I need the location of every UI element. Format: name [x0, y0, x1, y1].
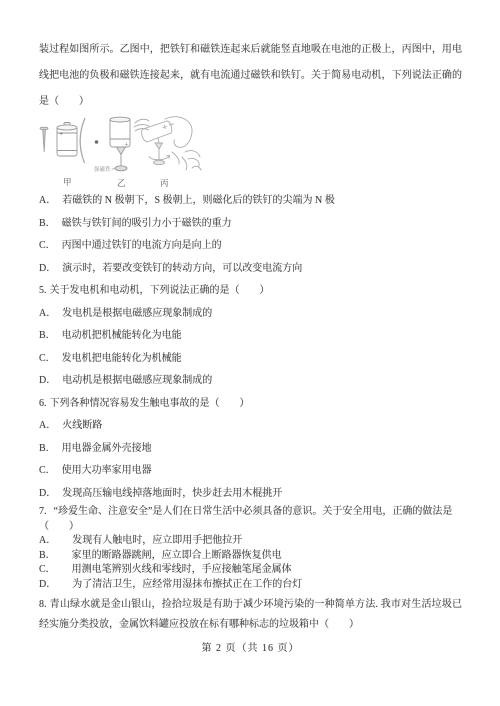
option-text: 丙图中通过铁钉的电流方向是向上的: [62, 240, 222, 251]
option-label: D．: [39, 375, 56, 386]
plus-sign-jia: +: [59, 129, 63, 138]
bullet-dot: [95, 140, 99, 144]
option-text: 使用大功率家用电器: [62, 465, 152, 476]
option-label: D．: [39, 488, 56, 499]
q6-stem: 6.下列各种情况容易发生触电事故的是（ ）: [39, 393, 462, 416]
option-label: B．: [39, 330, 56, 341]
q5-option-c: C．发电机把电能转化为机械能: [39, 348, 462, 371]
option-label: C．: [39, 353, 56, 364]
figure-label-jia: 甲: [63, 177, 72, 187]
q4-option-d: D．演示时，若要改变铁钉的转动方向，可以改变电流方向: [39, 258, 462, 281]
q7-option-d: D．为了清洁卫生，应经常用湿抹布擦拭正在工作的台灯: [39, 578, 462, 593]
nail-icon: [40, 127, 48, 152]
option-text: 用电器金属外壳接地: [62, 443, 152, 454]
option-label: B．: [39, 550, 56, 561]
option-label: C．: [39, 240, 56, 251]
question-text: “珍爱生命、注意安全”是人们在日常生活中必须具备的意识。关于安全用电，正确的做法…: [39, 506, 452, 532]
q6-option-d: D．发现高压输电线掉落地面时，快步赶去用木棍挑开: [39, 483, 462, 506]
option-text: 若磁铁的 N 极朝下，S 极朝上，则磁化后的铁钉的尖端为 N 极: [62, 195, 335, 206]
magnet-label: 强磁铁: [94, 165, 111, 173]
q6-option-c: C．使用大功率家用电器: [39, 460, 462, 483]
q7-option-a: A．发现有人触电时，应立即用手把他拉开: [39, 534, 462, 549]
figure-label-bing: 丙: [160, 178, 169, 188]
q4-figure-area: + + 强磁铁: [39, 116, 462, 190]
page-content: 装过程如图所示。乙图中，把铁钉和磁铁连起来后就能竖直地吸在电池的正极上，丙图中，…: [39, 37, 462, 656]
question-7: 7.“珍爱生命、注意安全”是人们在日常生活中必须具备的意识。关于安全用电，正确的…: [39, 505, 462, 592]
q7-option-c: C．用测电笔辨别火线和零线时，手应接触笔尾金属体: [39, 563, 462, 578]
q6-option-a: A．火线断路: [39, 415, 462, 438]
option-label: D．: [39, 579, 56, 590]
magnet-icon: [115, 166, 127, 171]
question-number: 7.: [39, 506, 47, 517]
questions-4-5-6-options: A．若磁铁的 N 极朝下，S 极朝上，则磁化后的铁钉的尖端为 N 极 B．磁铁与…: [39, 190, 462, 505]
question-number: 5.: [39, 285, 47, 296]
q7-stem: 7.“珍爱生命、注意安全”是人们在日常生活中必须具备的意识。关于安全用电，正确的…: [39, 505, 462, 534]
battery-yi-icon: +: [110, 117, 130, 171]
option-label: A．: [39, 195, 56, 206]
option-text: 磁铁与铁钉间的吸引力小于磁铁的重力: [62, 218, 232, 229]
exam-paper-page: 装过程如图所示。乙图中，把铁钉和磁铁连起来后就能竖直地吸在电池的正极上，丙图中，…: [0, 0, 500, 706]
question-text: 下列各种情况容易发生触电事故的是（ ）: [50, 398, 250, 409]
q5-stem: 5.关于发电机和电动机，下列说法正确的是（ ）: [39, 280, 462, 303]
q6-option-b: B．用电器金属外壳接地: [39, 438, 462, 461]
magnet-label-pointer: [112, 169, 115, 170]
question-text: 青山绿水就是金山银山，捡拾垃圾是有助于减少环境污染的一种简单方法. 我市对生活垃…: [39, 599, 462, 630]
battery-jia-icon: +: [57, 123, 77, 157]
question-text: 关于发电机和电动机，下列说法正确的是（ ）: [50, 285, 270, 296]
option-text: 火线断路: [62, 420, 102, 431]
option-label: C．: [39, 465, 56, 476]
q4-figure: + + 强磁铁: [39, 116, 269, 190]
option-label: A．: [39, 308, 56, 319]
parenthesis-mark: [80, 118, 85, 163]
option-text: 发现有人触电时，应立即用手把他拉开: [72, 535, 242, 546]
option-label: A．: [39, 420, 56, 431]
q4-stem: 装过程如图所示。乙图中，把铁钉和磁铁连起来后就能竖直地吸在电池的正极上，丙图中，…: [39, 37, 462, 115]
option-text: 发电机把电能转化为机械能: [62, 353, 182, 364]
option-text: 家里的断路器跳闸，应立即合上断路器恢复供电: [72, 550, 282, 561]
option-text: 演示时，若要改变铁钉的转动方向，可以改变电流方向: [62, 263, 302, 274]
option-label: D．: [39, 263, 56, 274]
figure-label-yi: 乙: [117, 178, 126, 188]
q4-option-b: B．磁铁与铁钉间的吸引力小于磁铁的重力: [39, 213, 462, 236]
option-text: 电动机是根据电磁感应现象制成的: [62, 375, 212, 386]
option-text: 为了清洁卫生，应经常用湿抹布擦拭正在工作的台灯: [72, 579, 302, 590]
option-text: 用测电笔辨别火线和零线时，手应接触笔尾金属体: [72, 564, 292, 575]
q7-option-b: B．家里的断路器跳闸，应立即合上断路器恢复供电: [39, 549, 462, 564]
option-text: 发电机是根据电磁感应现象制成的: [62, 308, 212, 319]
option-label: A．: [39, 535, 56, 546]
question-8: 8.青山绿水就是金山银山，捡拾垃圾是有助于减少环境污染的一种简单方法. 我市对生…: [39, 595, 462, 635]
page-footer: 第 2 页（共 16 页）: [39, 642, 462, 656]
q5-option-d: D．电动机是根据电磁感应现象制成的: [39, 370, 462, 393]
q4-option-c: C．丙图中通过铁钉的电流方向是向上的: [39, 235, 462, 258]
question-number: 6.: [39, 398, 47, 409]
option-label: C．: [39, 564, 56, 575]
question-number: 8.: [39, 599, 47, 610]
option-label: B．: [39, 443, 56, 454]
option-text: 电动机把机械能转化为电能: [62, 330, 182, 341]
option-text: 发现高压输电线掉落地面时，快步赶去用木棍挑开: [62, 488, 282, 499]
q4-option-a: A．若磁铁的 N 极朝下，S 极朝上，则磁化后的铁钉的尖端为 N 极: [39, 190, 462, 213]
q5-option-b: B．电动机把机械能转化为电能: [39, 325, 462, 348]
q5-option-a: A．发电机是根据电磁感应现象制成的: [39, 303, 462, 326]
option-label: B．: [39, 218, 56, 229]
bing-hand-sketch: [134, 117, 201, 170]
